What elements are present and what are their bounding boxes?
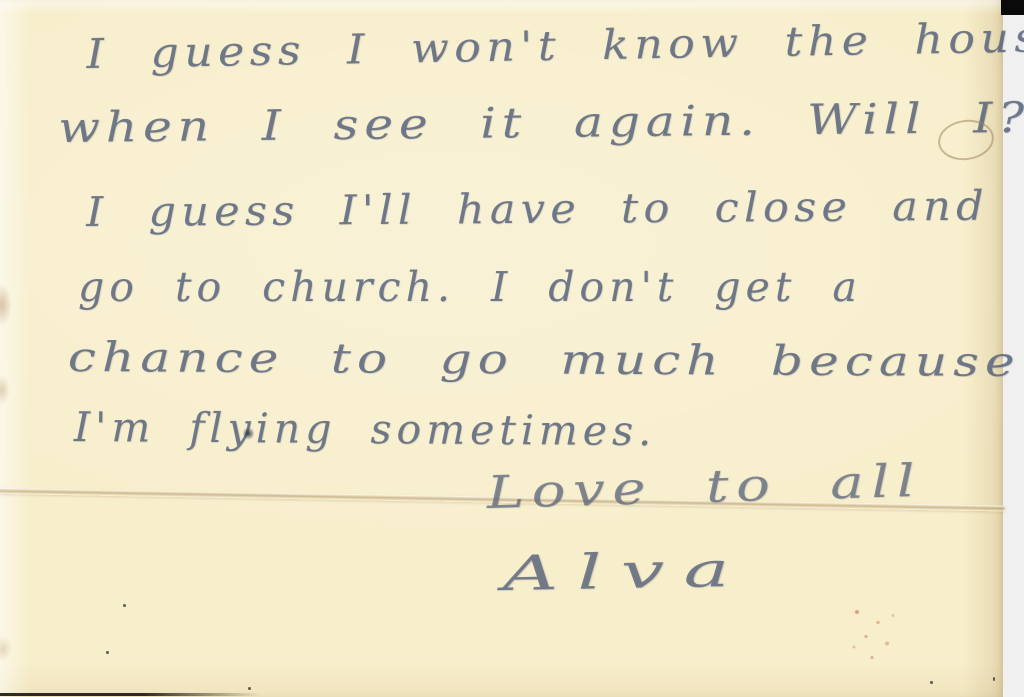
dust-speck [248, 687, 251, 690]
edge-stain [0, 283, 12, 327]
letter-paper: I guess I won't know the house when I se… [0, 0, 1003, 697]
letter-line-4: go to church. I don't get a [78, 263, 862, 311]
letter-line-5: chance to go much because [68, 333, 1021, 386]
dust-speck [123, 604, 126, 607]
letter-line-3: I guess I'll have to close and [86, 182, 989, 236]
dust-speck [106, 651, 109, 654]
scan-edge-shadow [0, 693, 260, 696]
dust-speck [993, 677, 995, 681]
scan-corner-artifact [1001, 0, 1024, 15]
letter-line-2: when I see it again. Will I? [58, 93, 1024, 152]
ink-blot [243, 427, 254, 440]
letter-signature: Alva [502, 542, 749, 602]
letter-closing: Love to all [486, 454, 923, 519]
rust-speckle-stain [845, 598, 905, 668]
scanned-letter-page: I guess I won't know the house when I se… [0, 0, 1024, 697]
edge-stain [0, 636, 12, 662]
dust-speck [930, 681, 933, 684]
letter-line-1: I guess I won't know the house [86, 13, 1024, 78]
letter-line-6: I'm flying sometimes. [74, 403, 657, 455]
edge-stain [0, 375, 10, 405]
